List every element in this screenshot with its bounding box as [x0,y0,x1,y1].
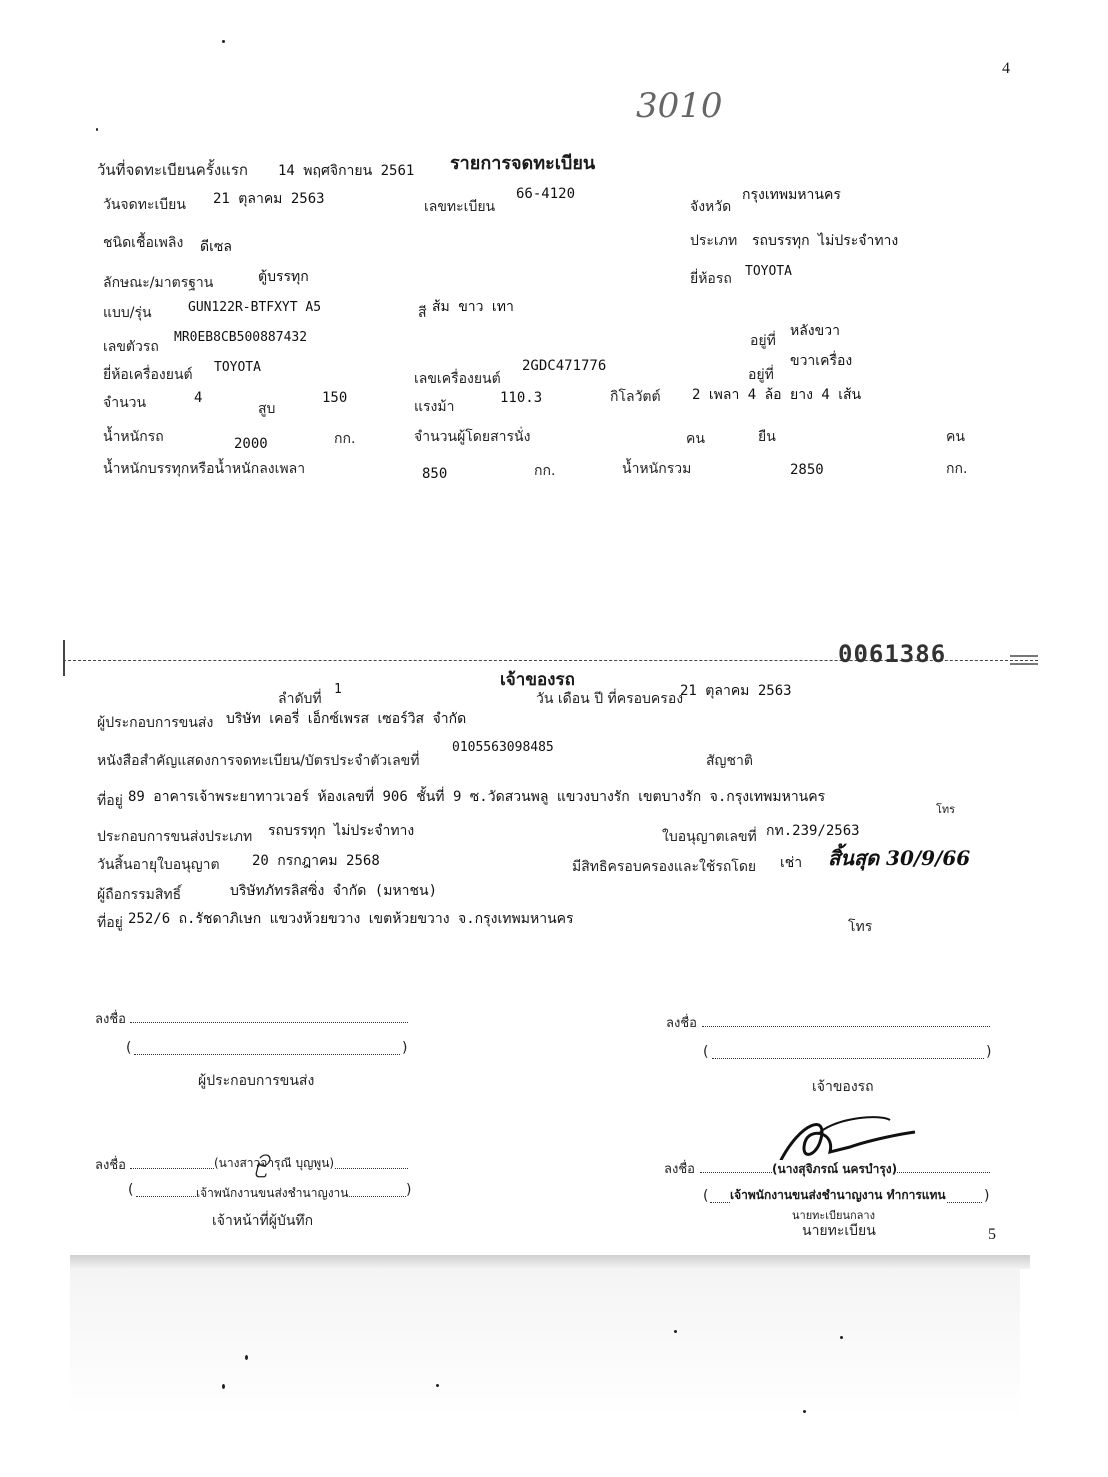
id-label: หนังสือสำคัญแสดงการจดทะเบียน/บัตรประจำตั… [97,750,419,772]
cylinder-label: สูบ [258,398,275,420]
holder-phone-label: โทร [848,916,872,938]
open-paren: ( [703,1188,708,1204]
axles-wheels: 2 เพลา 4 ล้อ ยาง 4 เส้น [692,384,861,406]
name-line [134,1054,400,1055]
total-weight: 2850 [790,462,824,478]
province: กรุงเทพมหานคร [742,184,841,206]
chassis-label: เลขตัวรถ [103,336,159,358]
phone-label-small: โทร [936,800,955,818]
margin-mark [63,640,65,676]
close-paren: ) [402,1040,407,1056]
engine-number: 2GDC471776 [522,358,606,374]
license-label: ใบอนุญาตเลขที่ [662,826,757,848]
model-label: แบบ/รุ่น [103,302,152,324]
operator-role: ผู้ประกอบการขนส่ง [198,1070,314,1092]
color: ส้ม ขาว เทา [432,296,514,318]
reg-date-label: วันจดทะเบียน [103,194,186,216]
registrar-position: เจ้าพนักงานขนส่งชำนาญงาน ทำการแทน [730,1186,946,1205]
chassis-location-label: อยู่ที่ [750,330,776,352]
scan-speck [803,1410,806,1413]
open-paren: ( [126,1040,131,1056]
plate-label: เลขทะเบียน [424,196,495,218]
ownership-holder: บริษัทภัทรลิสซิ่ง จำกัด (มหาชน) [230,880,437,902]
registration-title: รายการจดทะเบียน [450,148,595,177]
chassis-number: MR0EB8CB500887432 [174,330,307,345]
load-unit: กก. [534,460,555,482]
kilowatt-label: กิโลวัตต์ [610,386,661,408]
scan-speck [245,1355,248,1360]
weight-label: น้ำหนักรถ [103,426,164,448]
scan-speck [222,1384,225,1389]
engine-location-label: อยู่ที่ [748,364,774,386]
page-number-bottom: 5 [988,1226,996,1244]
expiry-label: วันสิ้นอายุใบอนุญาต [97,854,220,876]
passengers-unit: คน [686,428,705,450]
registrar-role: นายทะเบียน [802,1220,876,1242]
possession-date: 21 ตุลาคม 2563 [680,680,792,702]
passengers-label: จำนวนผู้โดยสารนั่ง [414,426,530,448]
style: ตู้บรรทุก [258,266,309,288]
weight: 2000 [234,436,268,452]
color-label: สี [418,302,427,324]
engine-location: ขวาเครื่อง [790,350,852,372]
engine-brand-label: ยี่ห้อเครื่องยนต์ [103,364,193,386]
document-serial-stamp: 0061386 [838,640,946,668]
license-expiry: 20 กรกฎาคม 2568 [252,850,380,872]
operator-address: 89 อาคารเจ้าพระยาทาวเวอร์ ห้องเลขที่ 906… [128,786,825,808]
horsepower: 110.3 [500,390,542,406]
rights-type: เช่า [780,852,802,874]
license-number: กท.239/2563 [766,820,860,842]
owner-role: เจ้าของรถ [812,1076,874,1098]
total-weight-unit: กก. [946,458,967,480]
sign-label: ลงชื่อ [95,1008,126,1029]
order-label: ลำดับที่ [278,688,322,710]
registrar-name: (นางสุจิภรณ์ นครบำรุง) [772,1160,897,1179]
recorder-role: เจ้าหน้าที่ผู้บันทึก [212,1210,313,1232]
reg-date: 21 ตุลาคม 2563 [213,188,325,210]
style-label: ลักษณะ/มาตรฐาน [103,272,213,294]
holder-address-label: ที่อยู่ [97,912,123,934]
scan-speck [96,128,98,131]
chassis-location: หลังขวา [790,320,840,342]
nationality-label: สัญชาติ [706,750,753,772]
handwritten-reference: 3010 [636,86,723,126]
plate-number: 66-4120 [516,186,575,202]
sign-label: ลงชื่อ [664,1158,695,1179]
name-line [712,1058,984,1059]
model: GUN122R-BTFXYT A5 [188,300,321,315]
operator-label: ผู้ประกอบการขนส่ง [97,712,213,734]
id-number: 0105563098485 [452,740,554,755]
load-label: น้ำหนักบรรทุกหรือน้ำหนักลงเพลา [103,458,305,480]
sign-label: ลงชื่อ [666,1012,697,1033]
first-reg-date: 14 พฤศจิกายน 2561 [278,160,414,182]
type-label: ประเภท [690,230,737,252]
open-paren: ( [128,1182,133,1198]
vehicle-type: รถบรรทุก ไม่ประจำทาง [752,230,898,252]
load: 850 [422,466,447,482]
weight-unit: กก. [334,428,355,450]
engine-number-label: เลขเครื่องยนต์ [414,368,501,390]
order-number: 1 [334,682,342,697]
page-number-top: 4 [1002,60,1010,78]
engine-brand: TOYOTA [214,360,261,375]
operator-name: บริษัท เคอรี่ เอ็กซ์เพรส เซอร์วิส จำกัด [226,708,466,730]
fuel: ดีเซล [200,236,232,258]
holder-address: 252/6 ถ.รัชดาภิเษก แขวงห้วยขวาง เขตห้วยข… [128,908,574,930]
brand: TOYOTA [745,264,792,279]
count-label: จำนวน [103,392,146,414]
close-paren: ) [984,1188,989,1204]
scan-speck [222,40,225,43]
recorder-signature-mark: ဥ [256,1140,270,1179]
scan-speck [674,1330,677,1333]
province-label: จังหวัด [690,196,731,218]
horsepower-label: แรงม้า [414,396,454,418]
recorder-name: (นางสาวจารุณี บุญพูน) [214,1154,334,1173]
address-label: ที่อยู่ [97,790,123,812]
possession-date-label: วัน เดือน ปี ที่ครอบครอง [536,688,683,710]
close-paren: ) [406,1182,411,1198]
close-paren: ) [986,1044,991,1060]
handwritten-rights-note: สิ้นสุด 30/9/66 [828,842,970,874]
rights-label: มีสิทธิครอบครองและใช้รถโดย [572,856,756,878]
fuel-label: ชนิดเชื้อเพลิง [103,232,183,254]
recorder-position: เจ้าพนักงานขนส่งชำนาญงาน [196,1184,349,1203]
open-paren: ( [703,1044,708,1060]
scan-speck [840,1336,843,1339]
scan-faded-region [70,1268,1020,1418]
total-weight-label: น้ำหนักรวม [622,458,691,480]
sign-label: ลงชื่อ [95,1154,126,1175]
operation-type: รถบรรทุก ไม่ประจำทาง [268,820,414,842]
holder-label: ผู้ถือกรรมสิทธิ์ [97,884,181,906]
operation-type-label: ประกอบการขนส่งประเภท [97,826,252,848]
standing-unit: คน [946,426,965,448]
scan-speck [436,1384,439,1387]
double-line-mark [1010,655,1038,665]
signature-line [130,1022,408,1023]
scan-edge-shadow [70,1255,1030,1269]
standing-label: ยืน [758,426,776,448]
cylinders: 4 [194,390,202,406]
engine-cc: 150 [322,390,347,406]
first-reg-label: วันที่จดทะเบียนครั้งแรก [97,158,248,182]
brand-label: ยี่ห้อรถ [690,268,732,290]
signature-line [702,1026,990,1027]
